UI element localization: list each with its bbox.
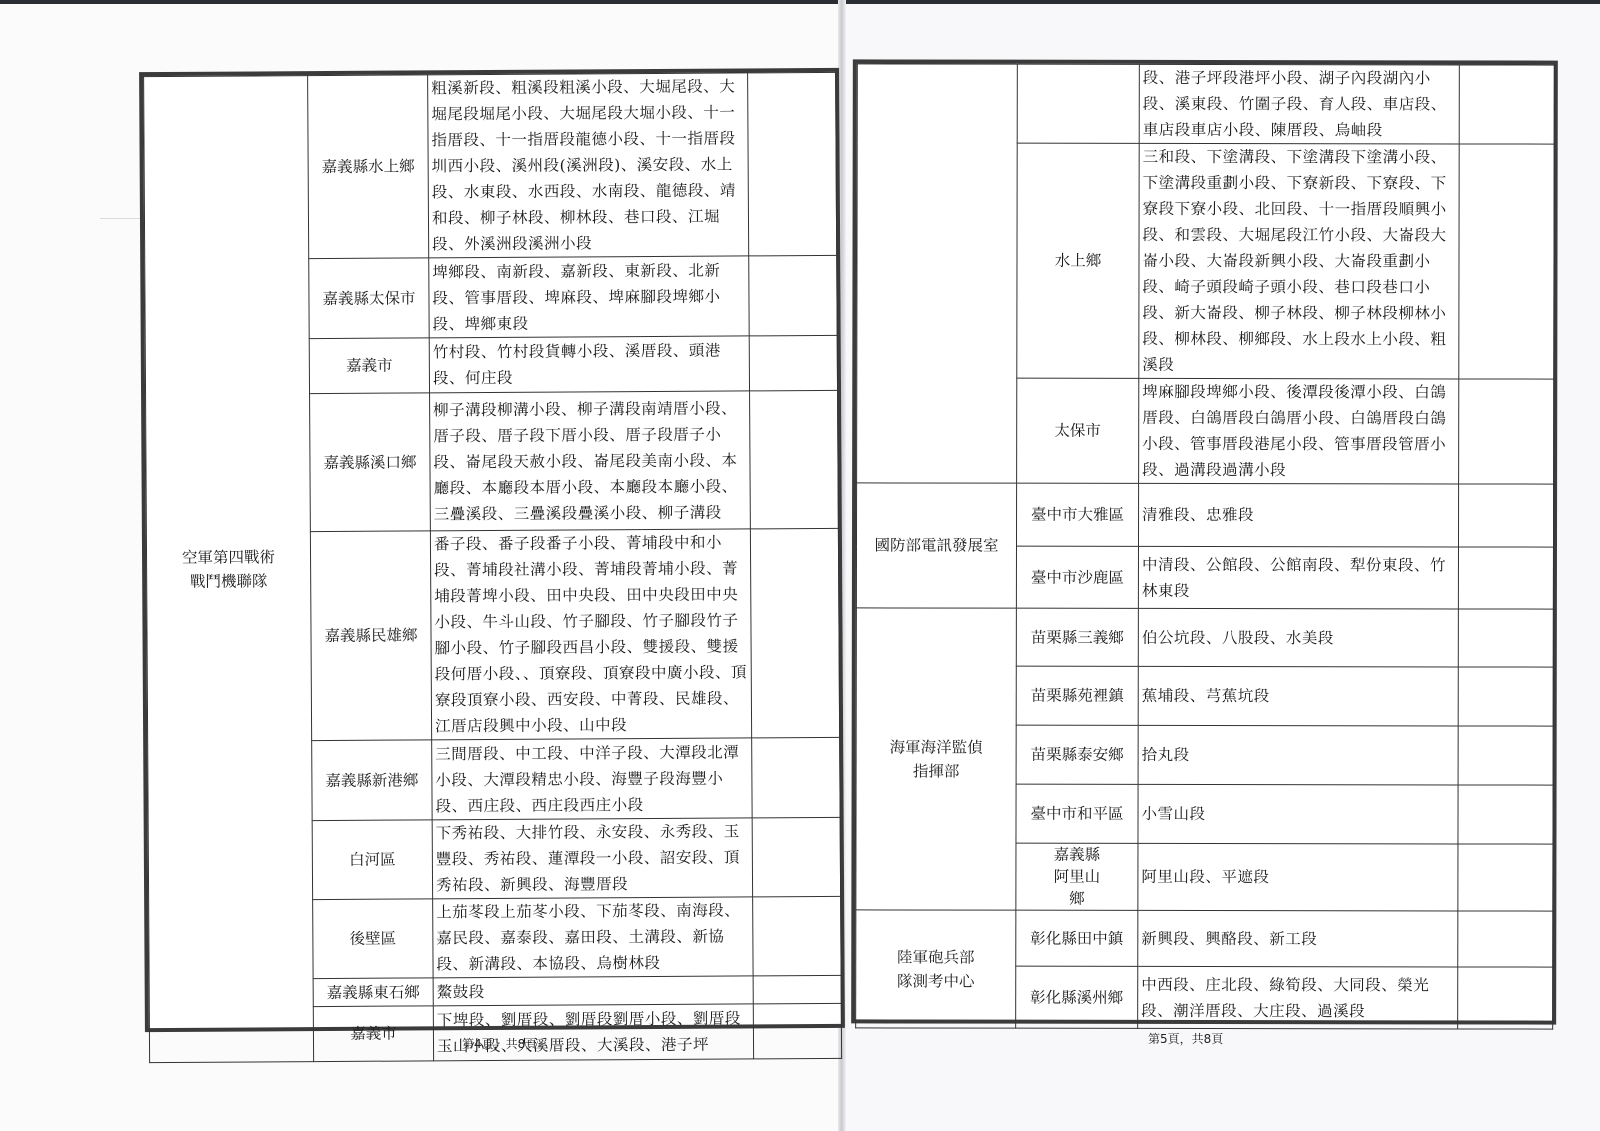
sections-cell: 下埤段、劉厝段、劉厝段劉厝小段、劉厝段玉山小段、大溪厝段、大溪段、港子坪 bbox=[433, 1004, 753, 1061]
area-cell: 嘉義縣東石鄉 bbox=[313, 978, 433, 1007]
remarks-cell bbox=[1458, 484, 1553, 547]
unit-cell: 國防部電訊發展室 bbox=[856, 483, 1016, 608]
area-name: 嘉義縣阿里山鄉 bbox=[1052, 844, 1102, 910]
area-cell: 嘉義縣水上鄉 bbox=[308, 75, 429, 259]
remarks-cell bbox=[749, 335, 837, 391]
remarks-cell bbox=[750, 528, 839, 738]
area-cell: 嘉義縣民雄鄉 bbox=[310, 531, 431, 741]
military-land-table-page-5: 段、港子坪段港坪小段、湖子內段湖內小段、溪東段、竹圍子段、育人段、車店段、車店段… bbox=[855, 63, 1555, 1029]
sections-cell: 三和段、下塗溝段、下塗溝段下塗溝小段、下塗溝段重劃小段、下寮新段、下寮段、下寮段… bbox=[1139, 143, 1459, 379]
area-cell: 臺中市沙鹿區 bbox=[1016, 546, 1138, 608]
remarks-cell bbox=[750, 390, 839, 529]
unit-cell: 空軍第四戰術戰鬥機聯隊 bbox=[144, 76, 314, 1063]
area-cell: 嘉義市 bbox=[313, 1006, 433, 1062]
unit-name: 海軍海洋監偵指揮部 bbox=[886, 735, 987, 783]
remarks-cell bbox=[1459, 144, 1554, 379]
area-cell: 嘉義縣溪口鄉 bbox=[310, 393, 431, 532]
area-cell bbox=[1017, 64, 1139, 143]
unit-name: 陸軍砲兵部隊測考中心 bbox=[895, 945, 976, 993]
remarks-cell bbox=[1458, 667, 1553, 726]
table-row: 空軍第四戰術戰鬥機聯隊 嘉義縣水上鄉 粗溪新段、粗溪段粗溪小段、大堀尾段、大堀尾… bbox=[144, 72, 837, 259]
sections-cell: 埤麻腳段埤鄉小段、後潭段後潭小段、白鴿厝段、白鴿厝段白鴿厝小段、白鴿厝段白鴿小段… bbox=[1139, 378, 1459, 484]
area-cell: 彰化縣田中鎮 bbox=[1016, 910, 1138, 966]
sections-cell: 蕉埔段、芎蕉坑段 bbox=[1138, 666, 1458, 726]
sections-cell: 三間厝段、中工段、中洋子段、大潭段北潭小段、大潭段精忠小段、海豐子段海豐小段、西… bbox=[432, 738, 752, 820]
page-number-footer: 第4頁，共8頁 bbox=[462, 1035, 537, 1052]
remarks-cell bbox=[1459, 65, 1554, 144]
sections-cell: 拾丸段 bbox=[1138, 725, 1458, 785]
sections-cell: 新興段、興酪段、新工段 bbox=[1138, 910, 1458, 967]
area-cell: 嘉義市 bbox=[309, 338, 429, 394]
remarks-cell bbox=[1458, 609, 1553, 667]
unit-cell: 陸軍砲兵部隊測考中心 bbox=[856, 910, 1016, 1028]
remarks-cell bbox=[749, 255, 837, 336]
table-page-5: 段、港子坪段港坪小段、湖子內段湖內小段、溪東段、竹圍子段、育人段、車店段、車店段… bbox=[851, 59, 1558, 1024]
remarks-cell bbox=[753, 1003, 841, 1059]
remarks-cell bbox=[1458, 785, 1553, 844]
remarks-cell bbox=[1458, 726, 1553, 785]
area-cell: 嘉義縣太保市 bbox=[309, 258, 429, 339]
area-cell: 彰化縣溪州鄉 bbox=[1016, 966, 1138, 1028]
table-row: 陸軍砲兵部隊測考中心 彰化縣田中鎮 新興段、興酪段、新工段 bbox=[856, 910, 1553, 967]
area-cell: 臺中市大雅區 bbox=[1016, 483, 1138, 546]
sections-cell: 中西段、庄北段、綠筍段、大同段、榮光段、潮洋厝段、大庄段、過溪段 bbox=[1138, 966, 1458, 1029]
table-page-4: 空軍第四戰術戰鬥機聯隊 嘉義縣水上鄉 粗溪新段、粗溪段粗溪小段、大堀尾段、大堀尾… bbox=[139, 68, 845, 1032]
remarks-cell bbox=[1458, 547, 1553, 609]
area-cell: 苗栗縣三義鄉 bbox=[1016, 608, 1138, 666]
unit-cell: 海軍海洋監偵指揮部 bbox=[856, 608, 1017, 910]
remarks-cell bbox=[753, 975, 841, 1004]
remarks-cell bbox=[1458, 911, 1553, 967]
table-row: 段、港子坪段港坪小段、湖子內段湖內小段、溪東段、竹圍子段、育人段、車店段、車店段… bbox=[857, 64, 1554, 144]
sections-cell: 竹村段、竹村段貨轉小段、溪厝段、頭港段、何庄段 bbox=[429, 336, 749, 393]
remarks-cell bbox=[748, 72, 837, 256]
sections-cell: 中清段、公館段、公館南段、犁份東段、竹林東段 bbox=[1138, 546, 1458, 609]
sections-cell: 小雪山段 bbox=[1138, 784, 1458, 844]
sections-cell: 下秀祐段、大排竹段、永安段、永秀段、玉豐段、秀祐段、蓮潭段一小段、詔安段、頂秀祐… bbox=[432, 818, 752, 899]
sections-cell: 粗溪新段、粗溪段粗溪小段、大堀尾段、大堀尾段堀尾小段、大堀尾段大堀小段、十一指厝… bbox=[428, 73, 749, 258]
sections-cell: 阿里山段、平遮段 bbox=[1138, 843, 1458, 911]
sections-cell: 段、港子坪段港坪小段、湖子內段湖內小段、溪東段、竹圍子段、育人段、車店段、車店段… bbox=[1139, 64, 1459, 144]
area-cell: 白河區 bbox=[312, 820, 432, 900]
sections-cell: 伯公坑段、八股段、水美段 bbox=[1138, 608, 1458, 667]
remarks-cell bbox=[1458, 844, 1553, 911]
sections-cell: 鰲鼓段 bbox=[433, 976, 753, 1006]
remarks-cell bbox=[752, 817, 840, 897]
table-row: 海軍海洋監偵指揮部 苗栗縣三義鄉 伯公坑段、八股段、水美段 bbox=[856, 608, 1553, 667]
remarks-cell bbox=[1459, 379, 1554, 484]
area-cell: 嘉義縣新港鄉 bbox=[312, 740, 432, 821]
sections-cell: 柳子溝段柳溝小段、柳子溝段南靖厝小段、厝子段、厝子段下厝小段、厝子段厝子小段、崙… bbox=[430, 391, 751, 531]
military-land-table-page-4: 空軍第四戰術戰鬥機聯隊 嘉義縣水上鄉 粗溪新段、粗溪段粗溪小段、大堀尾段、大堀尾… bbox=[143, 72, 842, 1063]
area-cell: 嘉義縣阿里山鄉 bbox=[1016, 843, 1138, 910]
remarks-cell bbox=[753, 896, 841, 976]
remarks-cell bbox=[1458, 967, 1553, 1029]
area-cell: 水上鄉 bbox=[1017, 143, 1139, 378]
area-cell: 苗栗縣苑裡鎮 bbox=[1016, 666, 1138, 725]
area-cell: 苗栗縣泰安鄉 bbox=[1016, 725, 1138, 784]
unit-name: 空軍第四戰術戰鬥機聯隊 bbox=[178, 545, 279, 594]
area-cell: 後壁區 bbox=[313, 899, 433, 979]
remarks-cell bbox=[752, 737, 840, 818]
sections-cell: 上茄苳段上茄苳小段、下茄苳段、南海段、嘉民段、嘉泰段、嘉田段、土溝段、新協段、新… bbox=[433, 897, 753, 978]
area-cell: 臺中市和平區 bbox=[1016, 784, 1138, 843]
sections-cell: 番子段、番子段番子小段、菁埔段中和小段、菁埔段社溝小段、菁埔段菁埔小段、菁埔段菁… bbox=[430, 529, 751, 740]
sections-cell: 埤鄉段、南新段、嘉新段、東新段、北新段、管事厝段、埤麻段、埤麻腳段埤鄉小段、埤鄉… bbox=[429, 256, 749, 338]
unit-cell bbox=[857, 64, 1018, 483]
area-cell: 太保市 bbox=[1017, 378, 1139, 483]
page-number-footer: 第5頁，共8頁 bbox=[1148, 1030, 1223, 1047]
sections-cell: 清雅段、忠雅段 bbox=[1138, 483, 1458, 547]
table-row: 國防部電訊發展室 臺中市大雅區 清雅段、忠雅段 bbox=[856, 483, 1553, 547]
